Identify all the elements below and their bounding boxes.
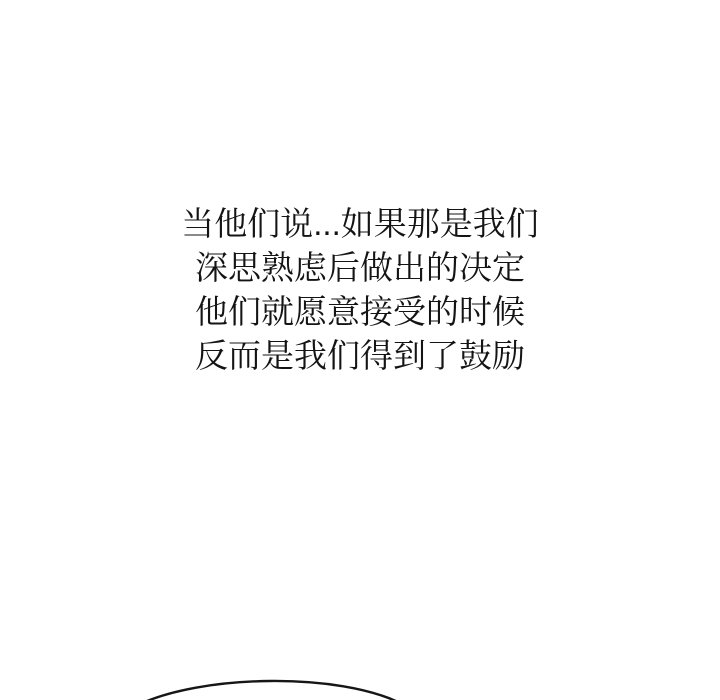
dialogue-line-1: 当他们说...如果那是我们 xyxy=(0,202,720,246)
dialogue-line-3: 他们就愿意接受的时候 xyxy=(0,290,720,334)
dialogue-text-block: 当他们说...如果那是我们 深思熟虑后做出的决定 他们就愿意接受的时候 反而是我… xyxy=(0,202,720,378)
speech-bubble-arc-path xyxy=(136,681,402,700)
webtoon-page: 当他们说...如果那是我们 深思熟虑后做出的决定 他们就愿意接受的时候 反而是我… xyxy=(0,0,720,700)
dialogue-line-2: 深思熟虑后做出的决定 xyxy=(0,246,720,290)
dialogue-line-4: 反而是我们得到了鼓励 xyxy=(0,334,720,378)
